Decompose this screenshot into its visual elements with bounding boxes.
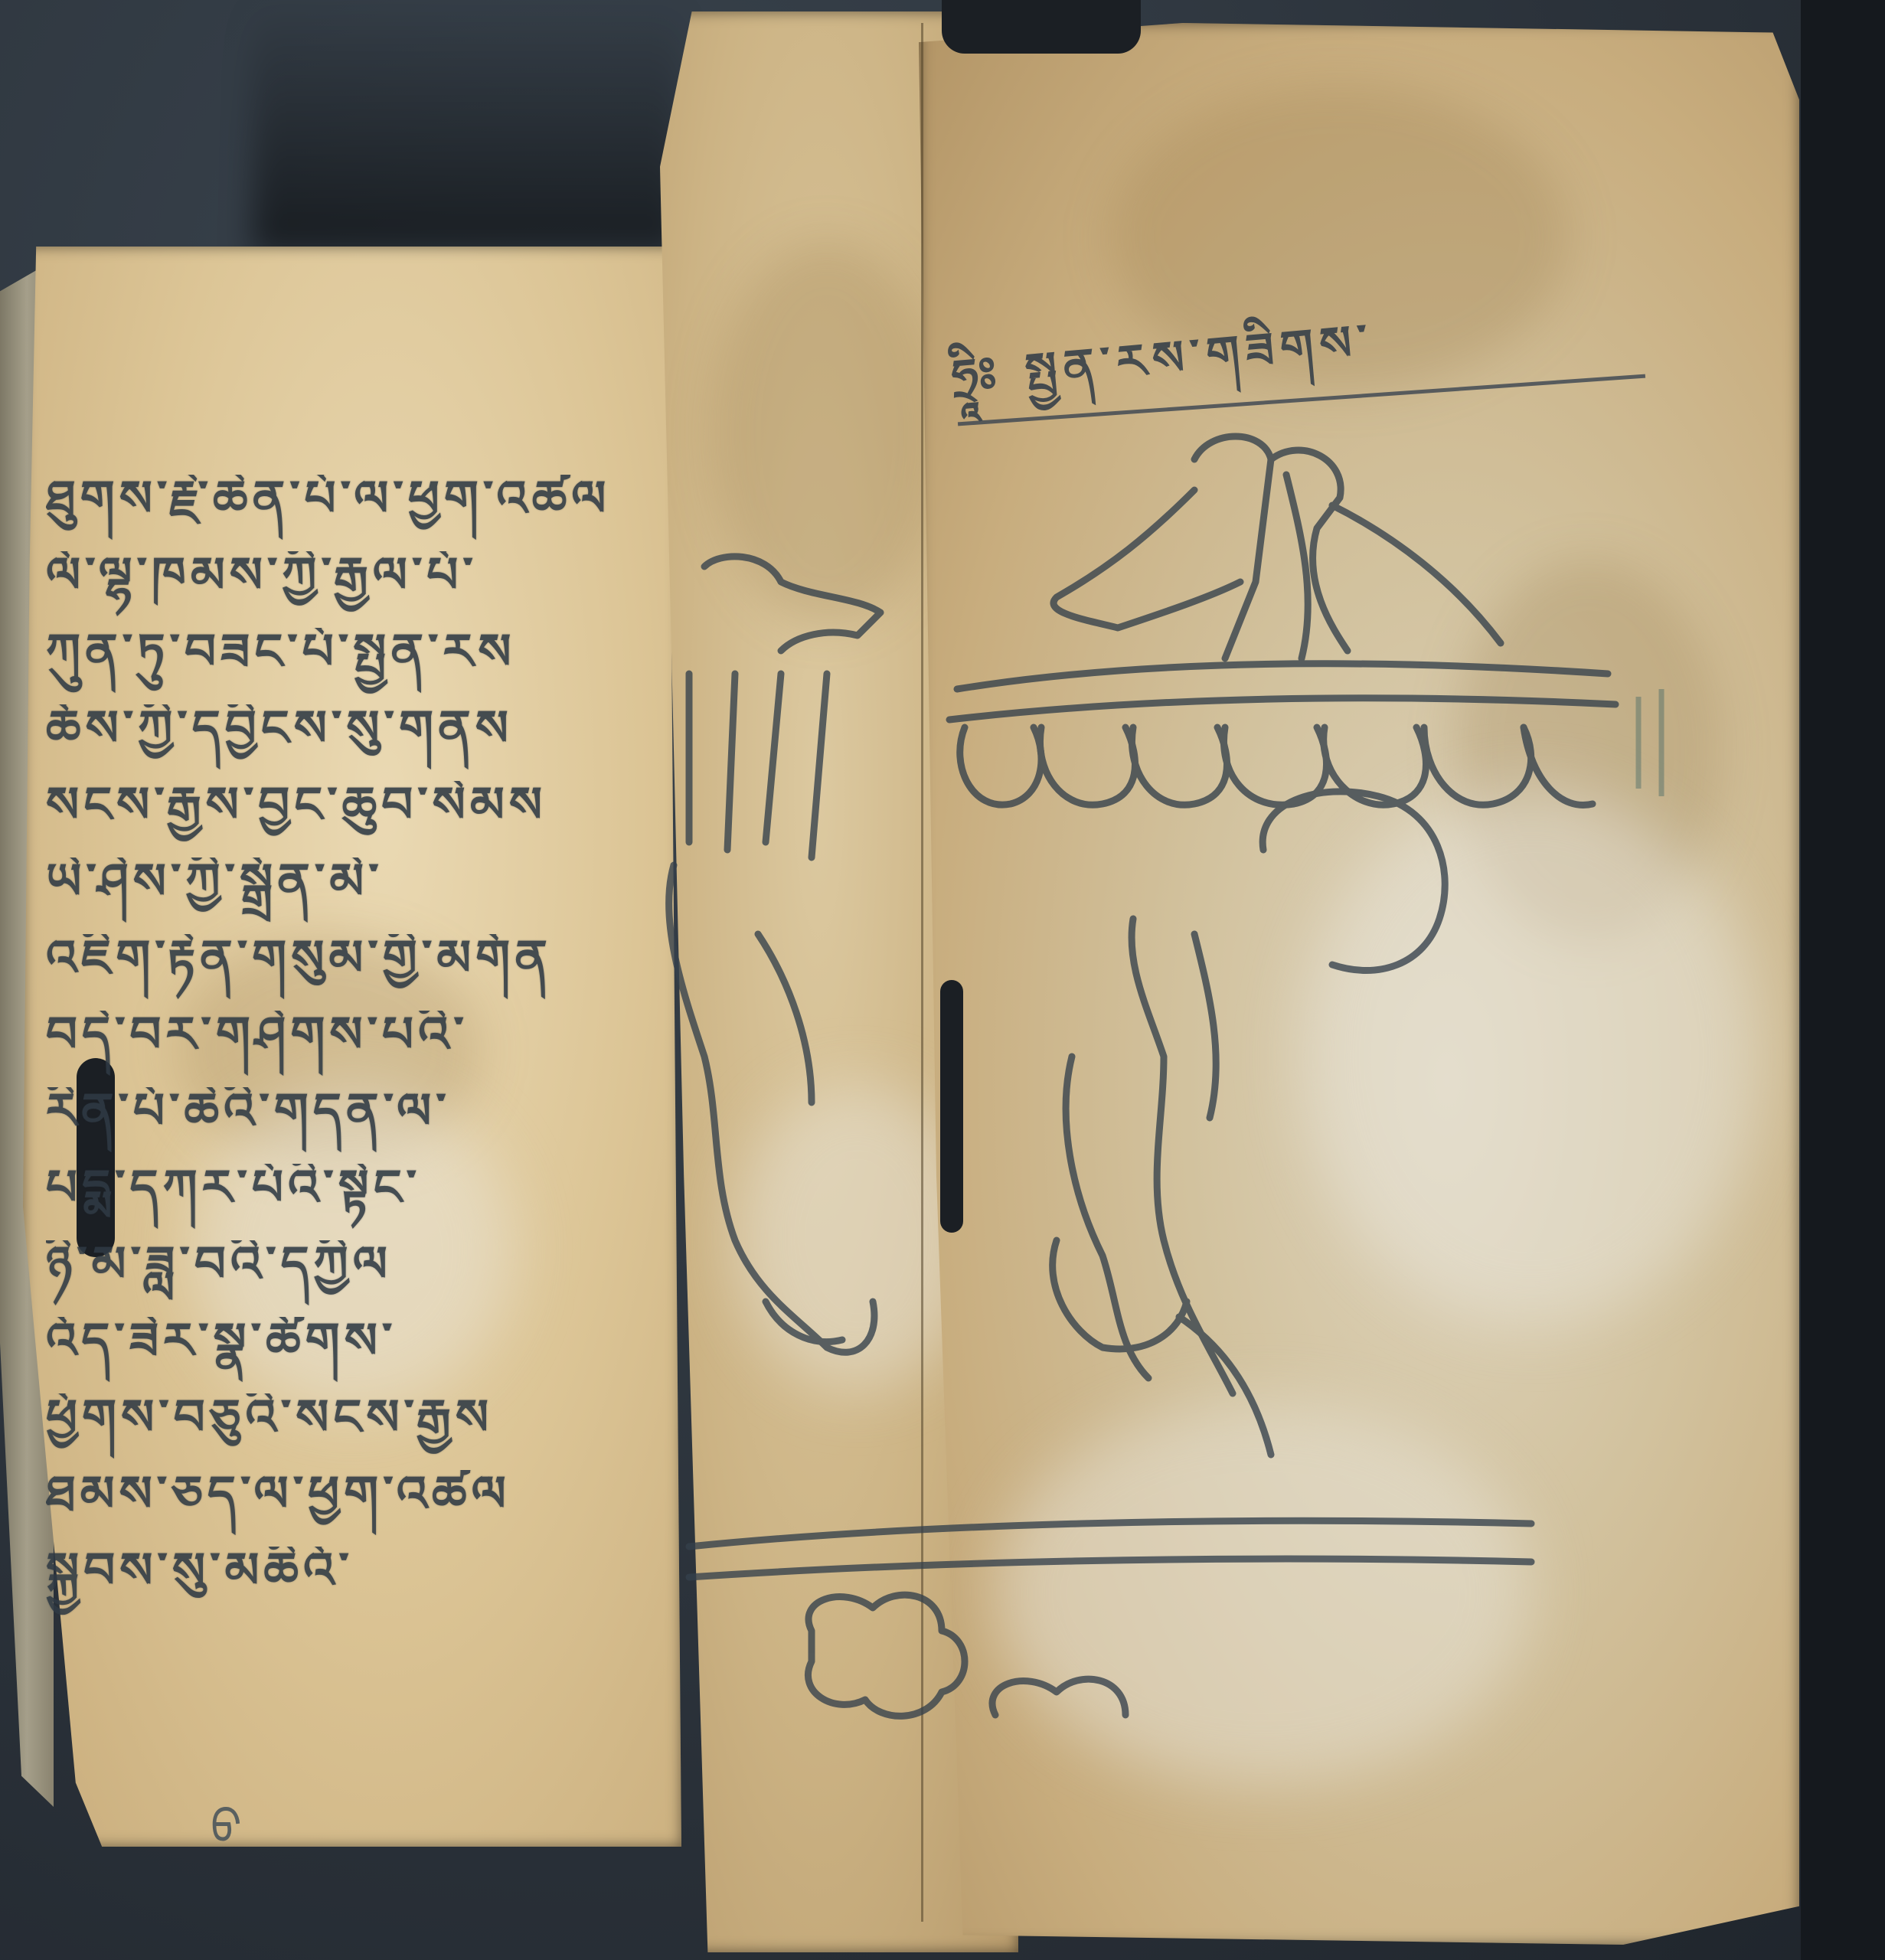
cloud-scroll-icon	[808, 1595, 965, 1716]
lower-rule	[689, 1521, 1531, 1547]
figure-halo-icon	[1263, 792, 1445, 971]
robed-figure-icon	[669, 865, 874, 1352]
raised-vessel-icon	[704, 557, 880, 651]
throne-band-icon	[957, 664, 1608, 689]
ink-illustration	[0, 0, 1885, 1960]
lotus-petals-icon	[960, 727, 1041, 805]
